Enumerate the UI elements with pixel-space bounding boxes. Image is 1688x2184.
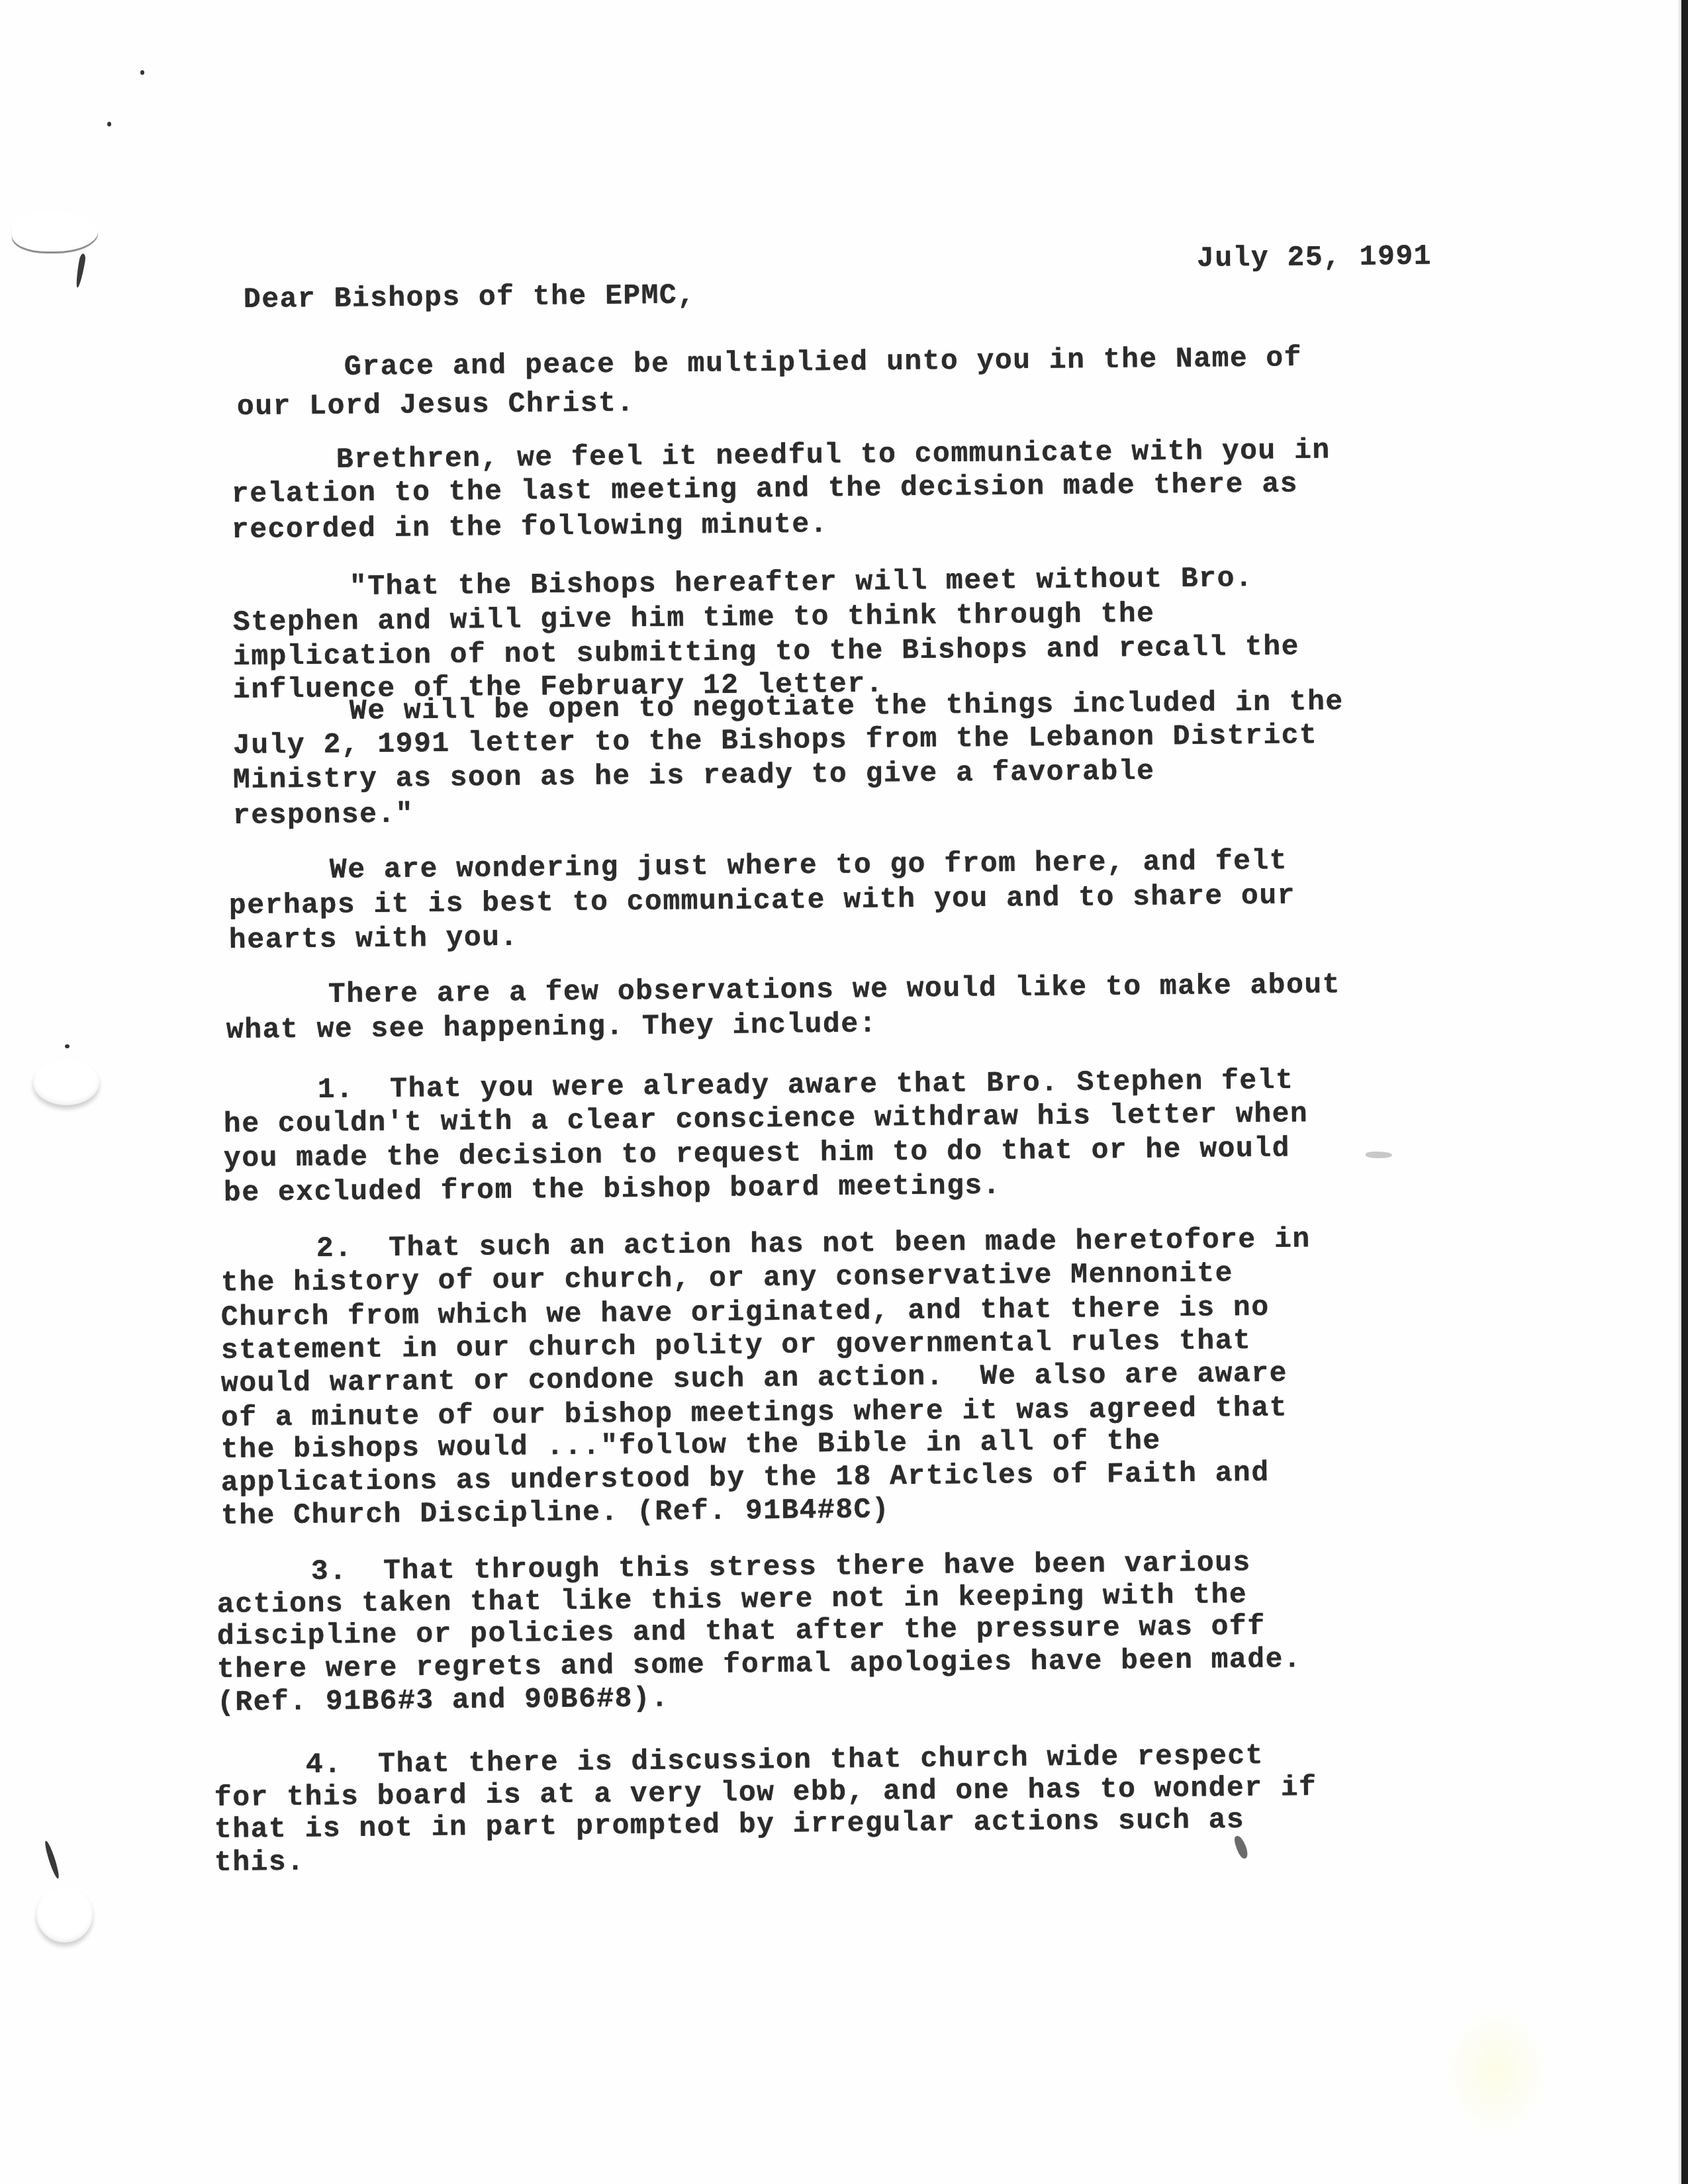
salutation: Dear Bishops of the EPMC, — [244, 279, 696, 316]
text-line: the Church Discipline. (Ref. 91B4#8C) — [221, 1493, 890, 1532]
text-line: this. — [214, 1846, 305, 1879]
text-line: what we see happening. They include: — [226, 1008, 877, 1046]
text-line: (Ref. 91B6#3 and 90B6#8). — [217, 1682, 669, 1719]
scanned-page: July 25, 1991 Dear Bishops of the EPMC, … — [0, 0, 1688, 2184]
dust-speck — [65, 1044, 70, 1048]
ink-smudge — [1366, 1152, 1392, 1158]
letter-date: July 25, 1991 — [1197, 240, 1432, 275]
hole-punch-mark — [36, 1886, 93, 1942]
scan-edge-border — [1681, 0, 1688, 2184]
dust-speck — [140, 70, 144, 75]
text-line: perhaps it is best to communicate with y… — [229, 880, 1295, 922]
text-line: hearts with you. — [229, 921, 518, 956]
text-line: our Lord Jesus Christ. — [237, 387, 635, 423]
dust-speck — [107, 122, 111, 126]
paper-stain — [1443, 2005, 1549, 2138]
text-line: "That the Bishops hereafter will meet wi… — [350, 562, 1254, 603]
text-line: be excluded from the bishop board meetin… — [224, 1169, 1002, 1209]
text-line: response." — [233, 797, 414, 832]
margin-mark — [43, 1840, 61, 1880]
text-line: Ministry as soon as he is ready to give … — [233, 755, 1155, 796]
text-line: We are wondering just where to go from h… — [330, 844, 1288, 886]
margin-mark — [75, 253, 87, 289]
text-line: There are a few observations we would li… — [328, 968, 1340, 1011]
ink-smudge — [1233, 1835, 1249, 1860]
text-line: Grace and peace be multiplied unto you i… — [344, 341, 1303, 383]
text-line: recorded in the following minute. — [232, 508, 828, 546]
hole-punch-mark — [33, 1059, 99, 1105]
hole-punch-mark — [12, 212, 98, 251]
